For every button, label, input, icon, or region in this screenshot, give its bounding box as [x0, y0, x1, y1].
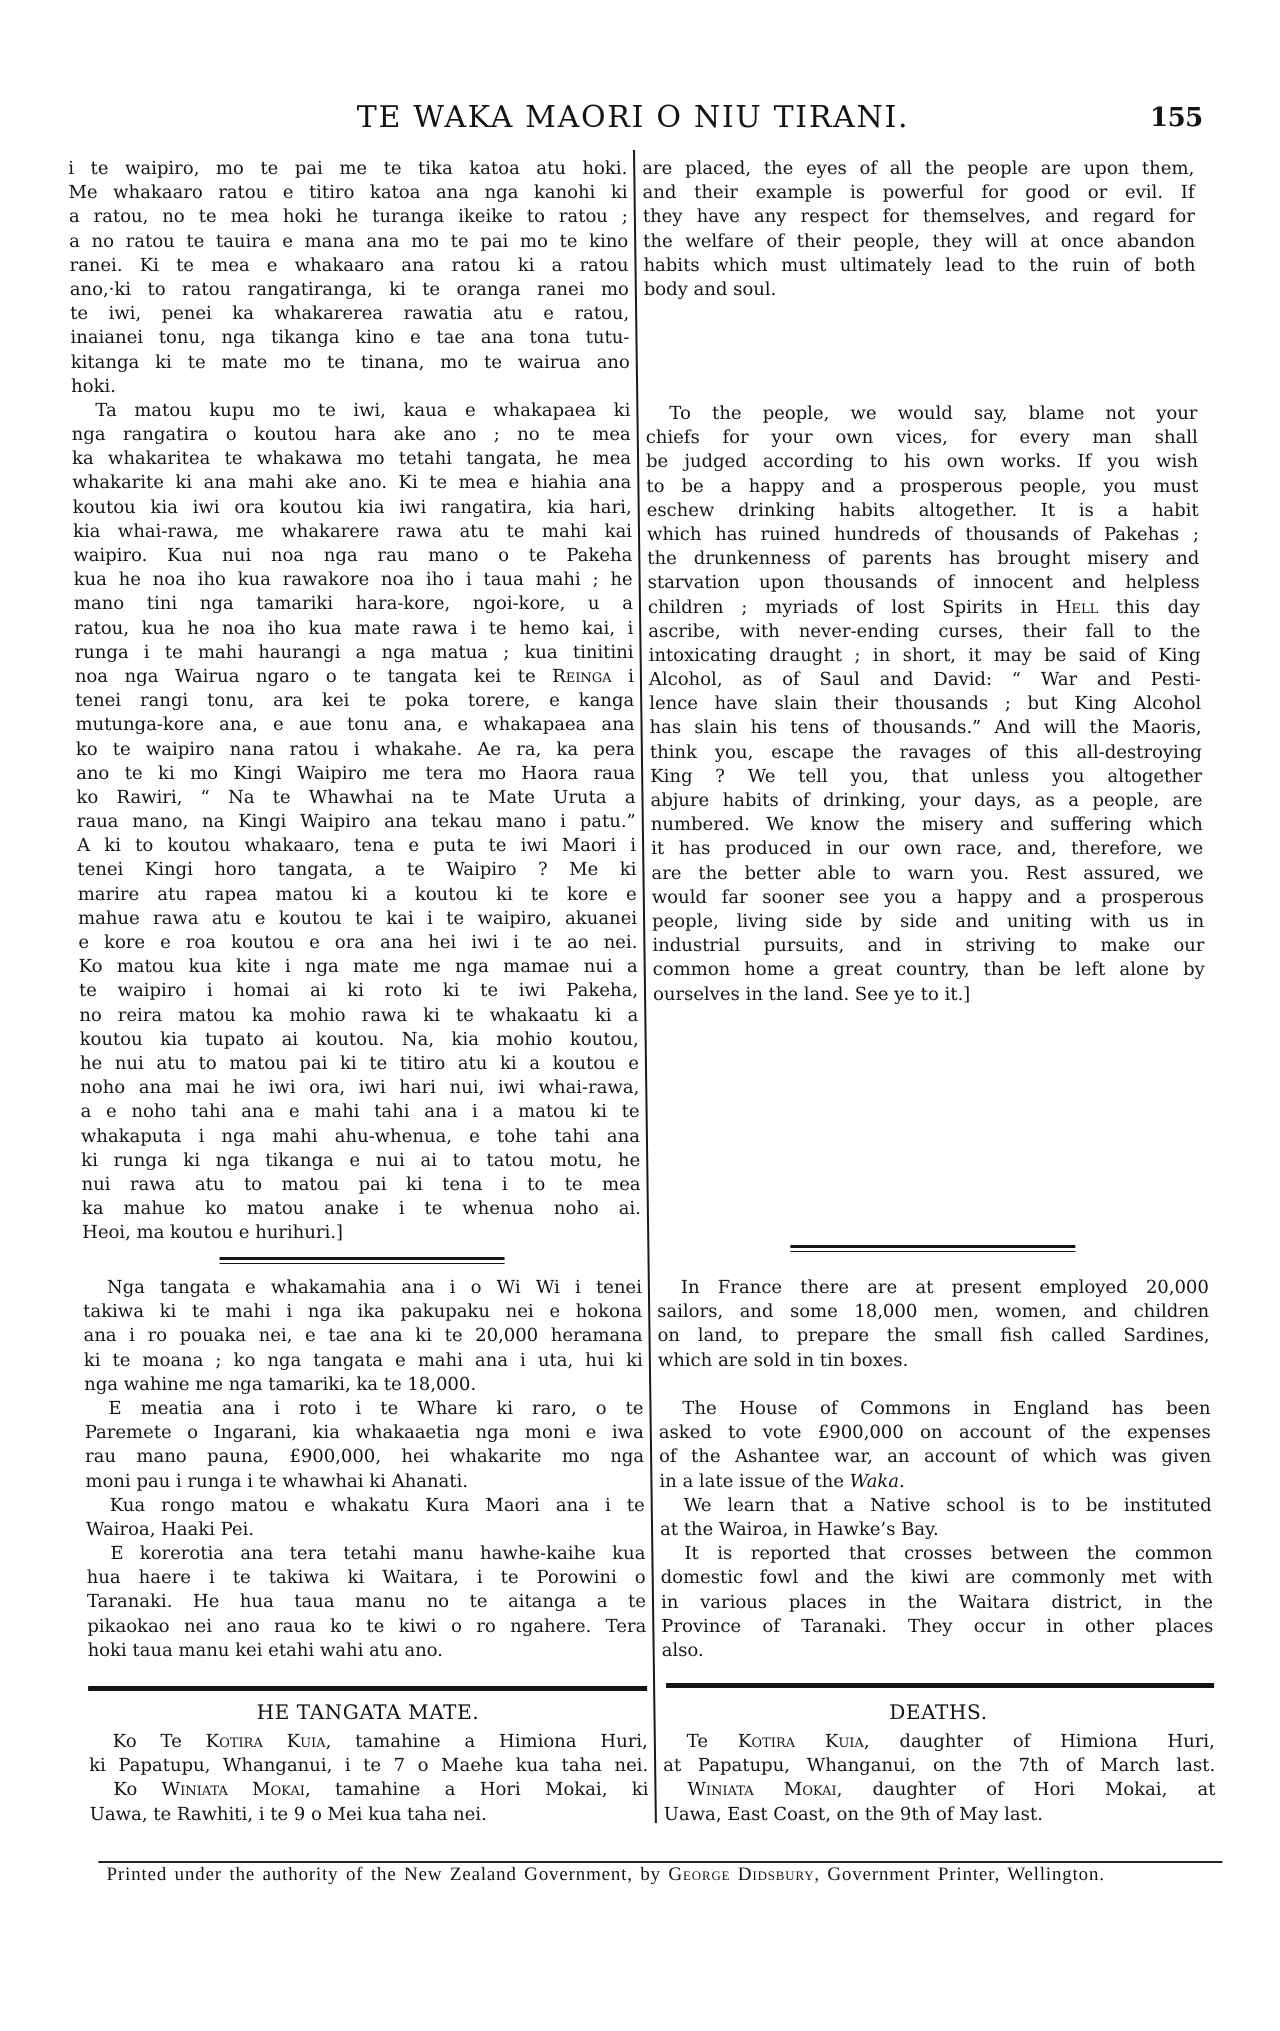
text-line: We learn that a Native school is to be i… — [660, 1494, 1212, 1518]
text-line: a no ratou te tauira e mana ana mo te pa… — [69, 230, 628, 254]
text-line: people, living side by side and uniting … — [652, 910, 1204, 934]
section-heading: DEATHS. — [662, 1700, 1214, 1724]
text-segment: , Government Printer, Wellington. — [814, 1864, 1105, 1885]
text-segment: in a late issue of the — [659, 1471, 850, 1492]
right-news-item-sardines: In France there are at present employed … — [657, 1276, 1210, 1373]
text-line: a ratou, no te mea hoki he turanga ikeik… — [69, 205, 628, 229]
text-line: lence have slain their thousands ; but K… — [649, 692, 1201, 716]
text-line: mahue rawa atu e koutou te kai i te waip… — [78, 907, 637, 931]
text-line: be judged according to his own works. If… — [646, 450, 1198, 474]
text-line: In France there are at present employed … — [657, 1276, 1209, 1300]
right-editorial-address: To the people, we would say, blame not y… — [645, 402, 1205, 1007]
text-line: ko Rawiri, “ Na te Whawhai na te Mate Ur… — [76, 786, 635, 810]
deceased-name: Kotira Kuia — [206, 1731, 326, 1752]
double-rule-separator — [790, 1245, 1075, 1252]
text-line: also. — [661, 1639, 1213, 1663]
small-caps-word: Hell — [1056, 597, 1099, 618]
text-line: asked to vote £900,000 on account of the… — [659, 1421, 1211, 1445]
right-deaths-entries: Te Kotira Kuia, daughter of Himiona Huri… — [663, 1730, 1216, 1827]
text-segment: noa nga Wairua ngaro o te tangata kei te — [75, 666, 553, 687]
deceased-name: Kotira Kuia — [738, 1731, 864, 1752]
text-line: intoxicating draught ; in short, it may … — [648, 644, 1200, 668]
footer-rule — [98, 1861, 1222, 1863]
text-line: mutunga-kore ana, e aue tonu ana, e whak… — [75, 713, 634, 737]
right-deaths-section: DEATHS. — [662, 1700, 1214, 1724]
thick-rule-separator — [88, 1686, 647, 1691]
text-line: nga wahine me nga tamariki, ka te 18,000… — [84, 1373, 643, 1397]
text-line: ranei. Ki te mea e whakaaro ana ratou ki… — [69, 254, 628, 278]
text-line: waipiro. Kua nui noa nga rau mano o te P… — [73, 544, 632, 568]
text-line: Province of Taranaki. They occur in othe… — [661, 1615, 1213, 1639]
thick-rule-separator — [666, 1683, 1214, 1688]
text-line: whakarite ki ana mahi ake ano. Ki te mea… — [72, 471, 631, 495]
text-line: moni pau i runga i te whawhai ki Ahanati… — [85, 1470, 644, 1494]
text-line: noa nga Wairua ngaro o te tangata kei te… — [75, 665, 634, 689]
text-line: it has produced in our own race, and, th… — [651, 837, 1203, 861]
text-line: tenei Kingi horo tangata, a te Waipiro ?… — [77, 858, 636, 882]
text-line: i te waipiro, mo te pai me te tika katoa… — [68, 157, 627, 181]
text-segment: children ; myriads of lost Spirits in — [648, 597, 1056, 618]
text-line: on land, to prepare the small fish calle… — [657, 1324, 1209, 1348]
text-line: which has ruined hundreds of thousands o… — [647, 523, 1199, 547]
text-line: in various places in the Waitara distric… — [661, 1591, 1213, 1615]
text-line: the welfare of their people, they will a… — [643, 230, 1195, 254]
text-line: inaianei tonu, nga tikanga kino e tae an… — [70, 326, 629, 350]
text-line: Paremete o Ingarani, kia whakaaetia nga … — [85, 1421, 644, 1445]
text-segment: this day — [1098, 597, 1200, 618]
text-line: koutou kia tupato ai koutou. Na, kia moh… — [79, 1028, 638, 1052]
text-line: rau mano pauna, £900,000, hei whakarite … — [85, 1445, 644, 1469]
text-line: noho ana mai he iwi ora, iwi hari nui, i… — [80, 1076, 639, 1100]
left-deaths-section: HE TANGATA MATE. — [88, 1700, 647, 1724]
text-line: pikaokao nei ano raua ko te kiwi o ro ng… — [87, 1615, 646, 1639]
text-line: common home a great country, than be lef… — [653, 958, 1205, 982]
text-line: tenei rangi tonu, ara kei te poka torere… — [75, 689, 634, 713]
text-line: kua he noa iho kua rawakore noa iho i ta… — [73, 568, 632, 592]
text-segment: , daughter of Hori Mokai, at — [836, 1779, 1215, 1800]
text-line: Ta matou kupu mo te iwi, kaua e whakapae… — [71, 399, 630, 423]
text-segment: , daughter of Himiona Huri, — [864, 1731, 1215, 1752]
newspaper-page: TE WAKA MAORI O NIU TIRANI. 155 i te wai… — [0, 0, 1280, 2031]
text-line: E korerotia ana tera tetahi manu hawhe-k… — [86, 1542, 645, 1566]
text-line: Kua rongo matou e whakatu Kura Maori ana… — [86, 1494, 645, 1518]
text-line: industrial pursuits, and in striving to … — [652, 934, 1204, 958]
text-line: A ki to koutou whakaaro, tena e puta te … — [77, 834, 636, 858]
text-line: a e noho tahi ana e mahi tahi ana i a ma… — [80, 1100, 639, 1124]
text-line: Alcohol, as of Saul and David: “ War and… — [649, 668, 1201, 692]
paragraph: Ta matou kupu mo te iwi, kaua e whakapae… — [71, 399, 641, 1246]
text-line: they have any respect for themselves, an… — [643, 205, 1195, 229]
text-segment: Ko Te — [113, 1731, 206, 1752]
text-line: ki runga ki nga tikanga e nui ai to tato… — [81, 1149, 640, 1173]
text-line: marire atu rapea matou ki a koutou ki te… — [78, 883, 637, 907]
text-line: Nga tangata e whakamahia ana i o Wi Wi i… — [83, 1276, 642, 1300]
text-line: raua mano, na Kingi Waipiro ana tekau ma… — [77, 810, 636, 834]
text-line: of the Ashantee war, an account of which… — [659, 1445, 1211, 1469]
text-line: habits which must ultimately lead to the… — [643, 254, 1195, 278]
text-line: ano,·ki to ratou rangatiranga, ki te ora… — [70, 278, 629, 302]
text-segment: Te — [687, 1731, 738, 1752]
text-line: Winiata Mokai, daughter of Hori Mokai, a… — [663, 1778, 1215, 1802]
text-line: King ? We tell you, that unless you alto… — [650, 765, 1202, 789]
right-news-items: The House of Commons in England has been… — [658, 1397, 1213, 1663]
text-line: hoki. — [71, 375, 630, 399]
text-line: runga i te mahi haurangi a nga matua ; k… — [74, 641, 633, 665]
text-line: hua haere i te takiwa ki Waitara, i te P… — [87, 1566, 646, 1590]
text-line: mano tini nga tamariki hara-kore, ngoi-k… — [74, 592, 633, 616]
text-line: To the people, we would say, blame not y… — [645, 402, 1197, 426]
text-line: Ko matou kua kite i nga mate me nga mama… — [79, 955, 638, 979]
text-segment: , tamahine a Himiona Huri, — [325, 1731, 647, 1752]
text-line: hoki taua manu kei etahi wahi atu ano. — [87, 1639, 646, 1663]
text-line: the drunkenness of parents has brought m… — [647, 547, 1199, 571]
text-line: which are sold in tin boxes. — [658, 1349, 1210, 1373]
text-line: eschew drinking habits altogether. It is… — [647, 499, 1199, 523]
text-line: Ko Winiata Mokai, tamahine a Hori Mokai,… — [89, 1778, 648, 1802]
text-line: are placed, the eyes of all the people a… — [642, 157, 1194, 181]
text-line: takiwa ki te mahi i nga ika pakupaku nei… — [83, 1300, 642, 1324]
text-line: children ; myriads of lost Spirits in He… — [648, 596, 1200, 620]
text-line: Te Kotira Kuia, daughter of Himiona Huri… — [663, 1730, 1215, 1754]
double-rule-separator — [219, 1257, 504, 1264]
text-line: at Papatupu, Whanganui, on the 7th of Ma… — [663, 1754, 1215, 1778]
deceased-name: Winiata Mokai — [687, 1779, 836, 1800]
text-segment: i — [611, 666, 634, 687]
text-line: E meatia ana i roto i te Whare ki raro, … — [84, 1397, 643, 1421]
text-segment: Ko — [113, 1779, 161, 1800]
printer-name: George Didsbury — [668, 1864, 814, 1885]
text-segment: . — [899, 1471, 905, 1492]
text-line: ana i ro pouaka nei, e tae ana ki te 20,… — [83, 1324, 642, 1348]
printer-imprint: Printed under the authority of the New Z… — [106, 1864, 1104, 1886]
text-line: Wairoa, Haaki Pei. — [86, 1518, 645, 1542]
text-line: chiefs for your own vices, for every man… — [646, 426, 1198, 450]
text-line: whakaputa i nga mahi ahu-whenua, e tohe … — [81, 1125, 640, 1149]
text-line: at the Wairoa, in Hawke’s Bay. — [660, 1518, 1212, 1542]
section-heading: HE TANGATA MATE. — [88, 1700, 647, 1724]
text-line: has slain his tens of thousands.” And wi… — [649, 716, 1201, 740]
text-line: in a late issue of the Waka. — [659, 1470, 1211, 1494]
text-line: numbered. We know the misery and sufferi… — [651, 813, 1203, 837]
paragraph: i te waipiro, mo te pai me te tika katoa… — [68, 157, 630, 399]
text-line: body and soul. — [644, 278, 1196, 302]
text-line: koutou kia iwi ora koutou kia iwi rangat… — [73, 496, 632, 520]
text-line: sailors, and some 18,000 men, women, and… — [657, 1300, 1209, 1324]
text-line: nga rangatira o koutou hara ake ano ; no… — [72, 423, 631, 447]
text-segment: Printed under the authority of the New Z… — [106, 1864, 668, 1885]
deceased-name: Winiata Mokai — [161, 1779, 305, 1800]
text-line: It is reported that crosses between the … — [660, 1542, 1212, 1566]
text-line: are the better able to warn you. Rest as… — [651, 862, 1203, 886]
text-line: ka whakaritea te whakawa mo tetahi tanga… — [72, 447, 631, 471]
page-body: i te waipiro, mo te pai me te tika katoa… — [0, 0, 1280, 2031]
text-line: ki te moana ; ko nga tangata e mahi ana … — [84, 1349, 643, 1373]
left-editorial: i te waipiro, mo te pai me te tika katoa… — [68, 157, 641, 1245]
text-line: ascribe, with never-ending curses, their… — [648, 620, 1200, 644]
text-line: ratou, kua he noa iho kua mate rawa i te… — [74, 617, 633, 641]
text-line: and their example is powerful for good o… — [642, 181, 1194, 205]
text-line: ki Papatupu, Whanganui, i te 7 o Maehe k… — [89, 1754, 648, 1778]
left-news-items: Nga tangata e whakamahia ana i o Wi Wi i… — [83, 1276, 647, 1663]
text-line: The House of Commons in England has been — [658, 1397, 1210, 1421]
text-line: Heoi, ma koutou e hurihuri.] — [82, 1221, 641, 1245]
text-line: no reira matou ka mohio rawa ki te whaka… — [79, 1004, 638, 1028]
text-line: he nui atu to matou pai ki te titiro atu… — [80, 1052, 639, 1076]
text-line: kia whai-rawa, me whakarere rawa atu te … — [73, 520, 632, 544]
text-line: Uawa, East Coast, on the 9th of May last… — [664, 1803, 1216, 1827]
text-segment: , tamahine a Hori Mokai, ki — [305, 1779, 649, 1800]
text-line: abjure habits of drinking, your days, as… — [650, 789, 1202, 813]
small-caps-word: Reinga — [552, 666, 612, 687]
text-line: kitanga ki te mate mo te tinana, mo te w… — [71, 351, 630, 375]
text-line: ourselves in the land. See ye to it.] — [653, 983, 1205, 1007]
text-line: te waipiro i homai ai ki roto ki te iwi … — [79, 979, 638, 1003]
text-line: Uawa, te Rawhiti, i te 9 o Mei kua taha … — [90, 1803, 649, 1827]
text-line: ko te waipiro nana ratou i whakahe. Ae r… — [76, 738, 635, 762]
text-line: ka mahue ko matou anake i te whenua noho… — [82, 1197, 641, 1221]
text-line: Me whakaaro ratou e titiro katoa ana nga… — [68, 181, 627, 205]
text-line: think you, escape the ravages of this al… — [650, 741, 1202, 765]
text-line: nui rawa atu to matou pai ki tena i to t… — [81, 1173, 640, 1197]
right-editorial-continuation: are placed, the eyes of all the people a… — [642, 157, 1196, 302]
text-line: to be a happy and a prosperous people, y… — [646, 475, 1198, 499]
text-line: would far sooner see you a happy and a p… — [652, 886, 1204, 910]
text-line: starvation upon thousands of innocent an… — [648, 571, 1200, 595]
italic-title: Waka — [850, 1471, 900, 1492]
text-line: domestic fowl and the kiwi are commonly … — [661, 1566, 1213, 1590]
text-line: Taranaki. He hua taua manu no te aitanga… — [87, 1590, 646, 1614]
text-line: e kore e roa koutou e ora ana hei iwi i … — [78, 931, 637, 955]
left-deaths-entries: Ko Te Kotira Kuia, tamahine a Himiona Hu… — [89, 1730, 649, 1827]
text-line: te iwi, penei ka whakarerea rawatia atu … — [70, 302, 629, 326]
text-line: Ko Te Kotira Kuia, tamahine a Himiona Hu… — [89, 1730, 648, 1754]
text-line: ano te ki mo Kingi Waipiro me tera mo Ha… — [76, 762, 635, 786]
